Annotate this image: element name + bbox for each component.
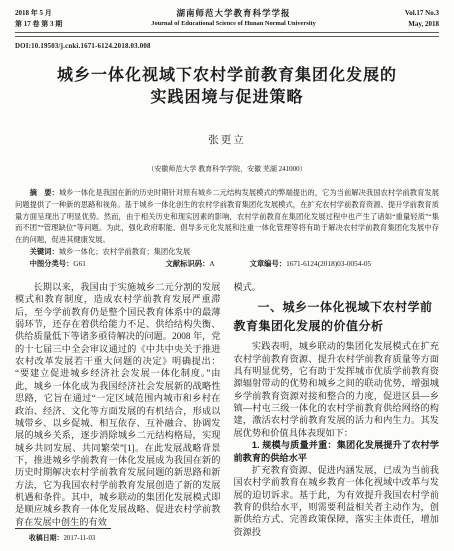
article-id-value: 1671-6124(2018)03-0054-05 <box>286 259 371 268</box>
abstract-label: 摘 要： <box>30 188 59 197</box>
article-id-field: 文章编号：1671-6124(2018)03-0054-05 <box>250 258 439 270</box>
doc-code-label: 文献标识码： <box>166 259 210 268</box>
doc-code-value: A <box>209 259 214 268</box>
abstract-block: 摘 要：城乡一体化是我国在新的历史时期针对原有城乡二元结构发展模式的弊端提出的，… <box>15 187 439 270</box>
author-affiliation: （安徽师范大学 教育科学学院，安徽 芜湖 241000） <box>15 164 439 174</box>
subsection-1-heading: 1. 规模与质量并重：集团化发展提升了农村学前教育的供给水平 <box>234 439 440 464</box>
keywords-label: 关键词： <box>30 247 59 256</box>
keywords-line: 关键词：城乡一体化；农村学前教育；集团化发展 <box>15 246 439 258</box>
header-left: 2018 年 5 月 第 17 卷 第 3 期 <box>15 8 62 29</box>
article-body: 长期以来，我国由于实施城乡二元分割的发展模式和教育制度，造成农村学前教育发展严重… <box>15 281 439 545</box>
continuation-text: 模式。 <box>234 281 440 293</box>
subsection-1-paragraph: 扩充教育资源、促进内涵发展，已成为当前我国农村学前教育在城乡教育一体化视域中改革… <box>234 464 440 538</box>
section-1-paragraph: 实践表明，城乡联动的集团化发展模式在扩充农村学前教育资源、提升农村学前教育质量等… <box>234 340 440 439</box>
journal-title-en: Journal of Educational Science of Hunan … <box>68 19 399 30</box>
journal-header: 2018 年 5 月 第 17 卷 第 3 期 湖南师范大学教育科学学报 Jou… <box>15 8 439 29</box>
abstract-paragraph: 摘 要：城乡一体化是我国在新的历史时期针对原有城乡二元结构发展模式的弊端提出的，… <box>15 187 439 246</box>
doi-line: DOI:10.19503/j.cnki.1671-6124.2018.03.00… <box>15 43 439 50</box>
header-vol-en: Vol.17 No.3 <box>405 8 439 19</box>
section-1-heading: 一、城乡一体化视域下农村学前教育集团化发展的价值分析 <box>234 298 440 336</box>
author-name: 张更立 <box>15 132 439 147</box>
header-issue-cn: 第 17 卷 第 3 期 <box>15 19 62 30</box>
doc-code-field: 文献标识码：A <box>166 258 250 270</box>
article-title: 城乡一体化视域下农村学前教育集团化发展的实践困境与促进策略 <box>15 65 439 109</box>
journal-title-cn: 湖南师范大学教育科学学报 <box>68 8 399 19</box>
abstract-text: 城乡一体化是我国在新的历史时期针对原有城乡二元结构发展模式的弊端提出的，它为当前… <box>15 188 439 244</box>
clc-label: 中图分类号： <box>30 259 74 268</box>
journal-page: 2018 年 5 月 第 17 卷 第 3 期 湖南师范大学教育科学学报 Jou… <box>0 0 454 551</box>
header-center: 湖南师范大学教育科学学报 Journal of Educational Scie… <box>62 8 405 29</box>
intro-paragraph: 长期以来，我国由于实施城乡二元分割的发展模式和教育制度，造成农村学前教育发展严重… <box>15 281 221 528</box>
footnote-divider <box>15 528 111 529</box>
left-column: 长期以来，我国由于实施城乡二元分割的发展模式和教育制度，造成农村学前教育发展严重… <box>15 281 221 545</box>
article-title-line2: 实践困境与促进策略 <box>150 89 303 106</box>
article-title-line1: 城乡一体化视域下农村学前教育集团化发展的 <box>57 67 397 84</box>
footnote: 收稿日期：2017-11-03 <box>15 528 221 547</box>
classification-line: 中图分类号：G61 文献标识码：A 文章编号：1671-6124(2018)03… <box>15 258 439 270</box>
received-date-line: 收稿日期：2017-11-03 <box>15 533 221 545</box>
header-date-en: May, 2018 <box>405 19 439 30</box>
clc-value: G61 <box>73 259 86 268</box>
right-column: 模式。 一、城乡一体化视域下农村学前教育集团化发展的价值分析 实践表明，城乡联动… <box>234 281 440 545</box>
header-divider <box>15 32 439 37</box>
keywords-text: 城乡一体化；农村学前教育；集团化发展 <box>59 247 190 256</box>
received-date-label: 收稿日期： <box>29 535 63 542</box>
article-id-label: 文章编号： <box>250 259 286 268</box>
received-date-value: 2017-11-03 <box>63 535 95 542</box>
clc-field: 中图分类号：G61 <box>30 258 166 270</box>
header-date-cn: 2018 年 5 月 <box>15 8 62 19</box>
header-right: Vol.17 No.3 May, 2018 <box>405 8 439 29</box>
